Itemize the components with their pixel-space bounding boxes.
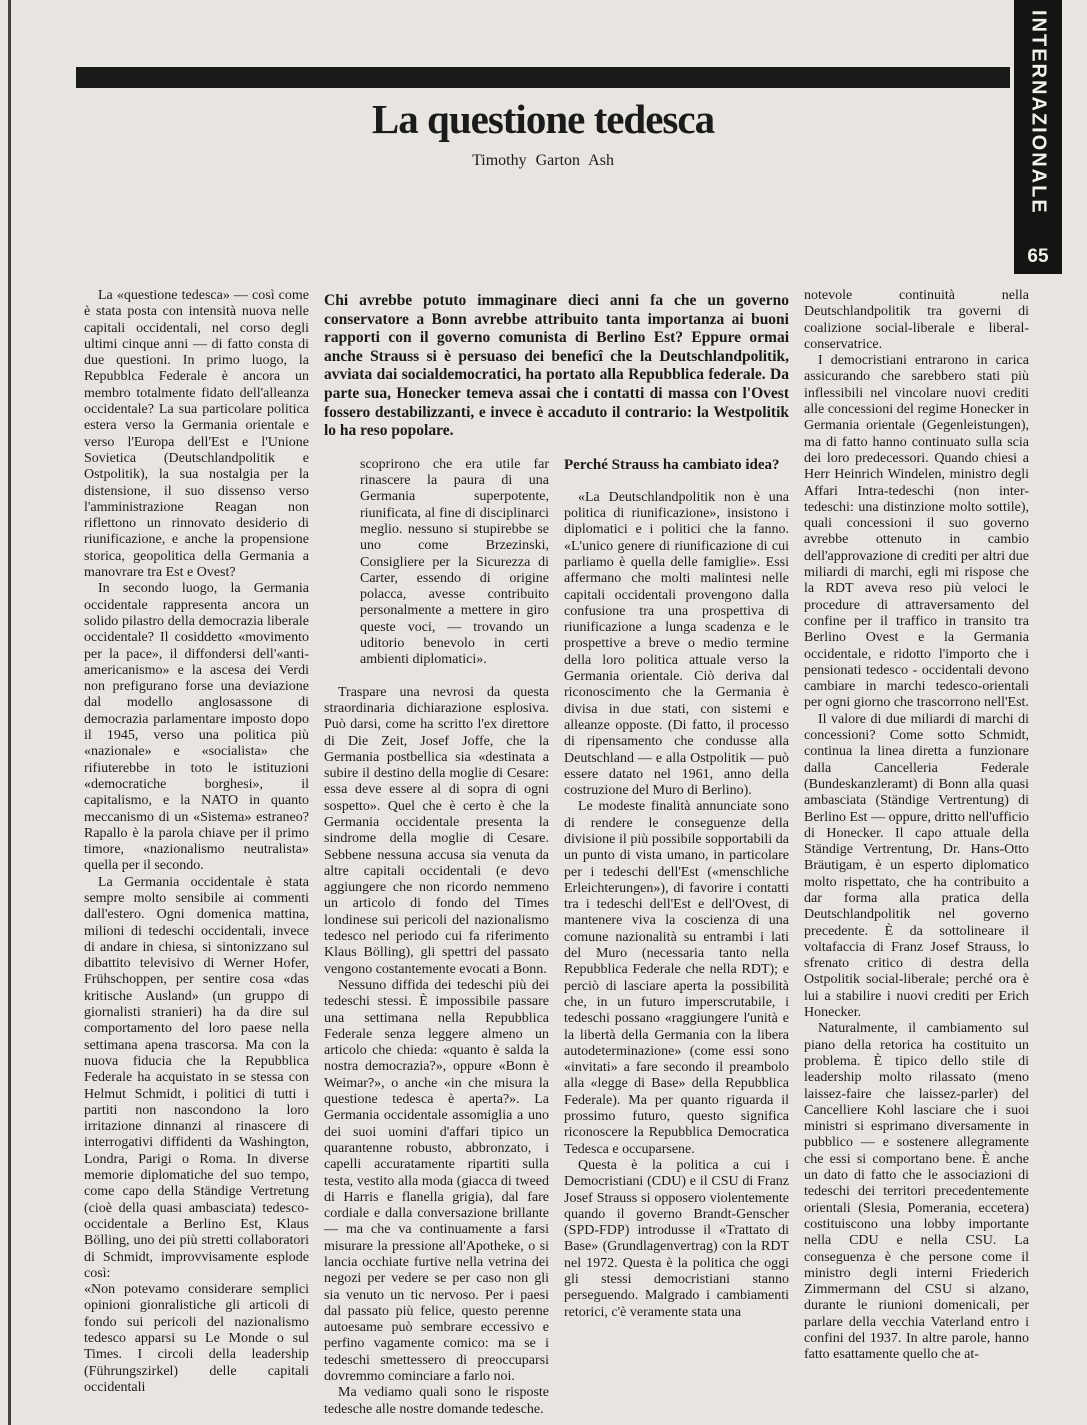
column-3: Perché Strauss ha cambiato idea? «La Deu… — [564, 455, 789, 1418]
paragraph: In secondo luogo, la Germania occidental… — [84, 581, 309, 874]
paragraph: Le modeste finalità annunciate sono di r… — [564, 799, 789, 1158]
paragraph: Ma vediamo quali sono le risposte tedesc… — [324, 1385, 549, 1418]
paragraph: Il valore di due miliardi di marchi di c… — [804, 712, 1029, 1022]
middle-columns-row: scoprirono che era utile far rinascere l… — [324, 455, 789, 1418]
section-banner: INTERNAZIONALE 65 — [1014, 0, 1062, 274]
block-quote: «Non potevamo considerare semplici opini… — [84, 1282, 309, 1396]
page-number: 65 — [1027, 246, 1048, 268]
article-body: La «questione tedesca» — così come è sta… — [84, 288, 1029, 1418]
column-heading: Perché Strauss ha cambiato idea? — [564, 457, 789, 474]
paragraph: La Germania occidentale è stata sempre m… — [84, 875, 309, 1282]
lead-paragraph: Chi avrebbe potuto immaginare dieci anni… — [324, 292, 789, 441]
paragraph: La «questione tedesca» — così come è sta… — [84, 288, 309, 581]
paragraph: notevole continuità nella Deutschlandpol… — [804, 288, 1029, 353]
article-author: Timothy Garton Ash — [76, 152, 1010, 170]
magazine-page: INTERNAZIONALE 65 La questione tedesca T… — [0, 0, 1087, 1425]
paragraph: «La Deutschlandpolitik non è una politic… — [564, 490, 789, 800]
section-label: INTERNAZIONALE — [1027, 10, 1050, 215]
column-4: notevole continuità nella Deutschlandpol… — [804, 288, 1029, 1418]
column-1: La «questione tedesca» — così come è sta… — [84, 288, 309, 1418]
block-quote: scoprirono che era utile far rinascere l… — [360, 457, 549, 669]
column-2: scoprirono che era utile far rinascere l… — [324, 455, 549, 1418]
paragraph: Nessuno diffida dei tedeschi più dei ted… — [324, 978, 549, 1385]
middle-columns: Chi avrebbe potuto immaginare dieci anni… — [324, 288, 789, 1418]
page-title: La questione tedesca — [76, 99, 1010, 140]
paragraph: Questa è la politica a cui i Democristia… — [564, 1158, 789, 1321]
paragraph: I democristiani entrarono in carica assi… — [804, 353, 1029, 712]
top-rule — [76, 67, 1010, 88]
paragraph: Naturalmente, il cambiamento sul piano d… — [804, 1021, 1029, 1363]
page-binding-edge — [8, 0, 11, 1425]
paragraph: Traspare una nevrosi da questa straordin… — [324, 685, 549, 978]
